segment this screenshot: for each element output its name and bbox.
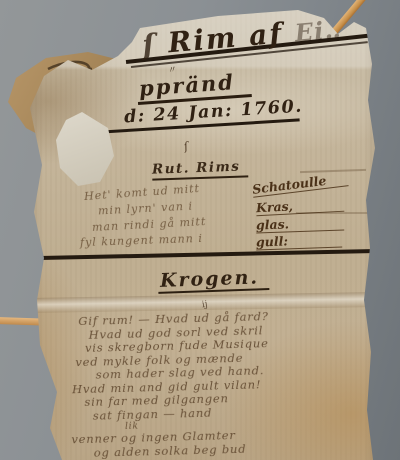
verse-keyword-glas: glas. <box>256 214 345 233</box>
verse-line: man rindi gå mitt <box>92 215 207 234</box>
ornament-flourish: ſ <box>183 140 190 154</box>
small-ink-mark: ij <box>201 300 208 311</box>
manuscript-paper: ſ Rim af Ei‥ 〃 ppränd d: 24 Jan: 1760. ſ… <box>0 0 400 460</box>
verse-line: fyl kungent mann i <box>80 232 203 249</box>
photo-background: ſ Rim af Ei‥ 〃 ppränd d: 24 Jan: 1760. ſ… <box>0 0 400 460</box>
verse-keyword-gull: gull: <box>256 232 343 251</box>
verse-keyword-schatoulle: Schatoulle <box>251 170 348 198</box>
verse-line: min lyrn' van i <box>98 200 194 218</box>
poem-block: Gif rum! — Hvad ud gå fard? Hvad ud god … <box>60 309 332 460</box>
section-heading-rut-rims: Rut. Rims <box>152 158 249 180</box>
title-lead-flourish: ſ <box>141 28 158 62</box>
section-divider-rule <box>40 249 370 259</box>
subtitle-word: ppränd <box>136 68 252 105</box>
section-heading-krogen: Krogen. <box>158 266 270 294</box>
